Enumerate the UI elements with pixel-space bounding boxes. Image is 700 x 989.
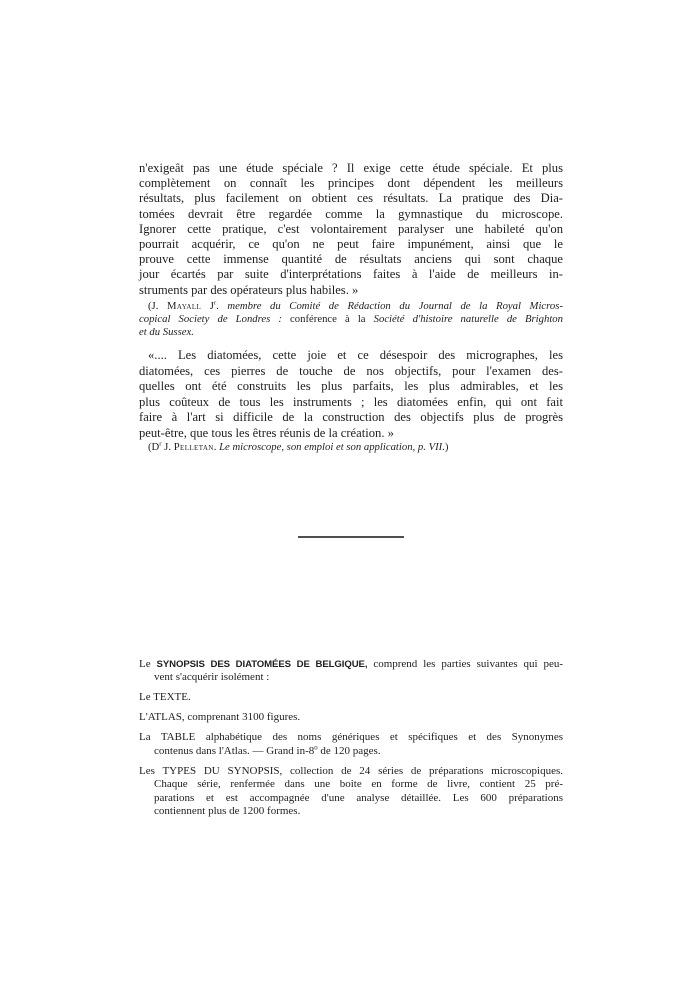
text-line: copical Society de Londres : conférence … (139, 313, 563, 326)
text-segment: de 120 pages. (318, 745, 381, 757)
text-line: Le SYNOPSIS DES DIATOMÉES DE BELGIQUE, c… (139, 658, 563, 671)
text-segment: ) (445, 441, 449, 453)
text-segment: parations et est accompagnée d'une analy… (154, 792, 563, 804)
text-segment: et du Sussex. (139, 326, 194, 338)
quote-paragraph-pelletan: «.... Les diatomées, cette joie et ce dé… (139, 348, 563, 442)
text-segment: Société d'histoire naturelle de Brighton (374, 313, 563, 325)
text-segment: comprend les parties suivantes qui peu- (367, 658, 563, 670)
citation-mayall: (J. Mayall Jr. membre du Comité de Rédac… (139, 300, 563, 339)
text-segment: Chaque série, renfermée dans une boite e… (154, 778, 563, 790)
text-line: complètement on connaît les principes do… (139, 176, 563, 191)
text-segment: J. (162, 441, 174, 453)
text-segment: L'ATLAS, comprenant 3100 figures. (139, 711, 300, 723)
text-line: pourrait acquérir, ce qu'on ne peut fair… (139, 237, 563, 252)
text-segment: vent s'acquérir isolément : (154, 671, 269, 683)
text-segment: conférence à la (282, 313, 374, 325)
text-line: La TABLE alphabétique des noms générique… (139, 731, 563, 744)
text-segment: Le (139, 658, 157, 670)
text-line: (Dr J. Pelletan. Le microscope, son empl… (139, 441, 563, 454)
text-segment: Le microscope, son emploi et son applica… (219, 441, 445, 453)
text-line: Les TYPES DU SYNOPSIS, collection de 24 … (139, 765, 563, 778)
synopsis-item-table: La TABLE alphabétique des noms générique… (139, 731, 563, 758)
text-line: résultats, plus facilement on obtient ce… (139, 191, 563, 206)
text-line: quelles ont été construits les plus parf… (139, 379, 563, 395)
text-line: faire à l'art si difficile de la constru… (139, 410, 563, 426)
text-line: peut-être, que tous les êtres réunis de … (139, 426, 563, 442)
text-line: n'exigeât pas une étude spéciale ? Il ex… (139, 161, 563, 176)
synopsis-item-intro: Le SYNOPSIS DES DIATOMÉES DE BELGIQUE, c… (139, 658, 563, 685)
text-line: contenus dans l'Atlas. — Grand in-8o de … (139, 745, 563, 758)
text-line: vent s'acquérir isolément : (139, 671, 563, 684)
text-segment: (J. (148, 300, 167, 312)
text-line: (J. Mayall Jr. membre du Comité de Rédac… (139, 300, 563, 313)
text-segment: . (216, 300, 227, 312)
text-line: contiennent plus de 1200 formes. (139, 805, 563, 818)
text-line: Le TEXTE. (139, 691, 563, 704)
text-line: parations et est accompagnée d'une analy… (139, 792, 563, 805)
citation-pelletan: (Dr J. Pelletan. Le microscope, son empl… (139, 441, 563, 454)
text-segment: Pelletan (174, 441, 214, 453)
text-segment: copical Society de Londres : (139, 313, 282, 325)
text-line: L'ATLAS, comprenant 3100 figures. (139, 711, 563, 724)
text-line: plus coûteux de tous les instruments ; l… (139, 395, 563, 411)
section-divider-rule (298, 536, 404, 538)
text-segment: SYNOPSIS DES DIATOMÉES DE BELGIQUE, (157, 659, 368, 670)
text-segment: contiennent plus de 1200 formes. (154, 805, 300, 817)
text-line: tomées devrait être regardée comme la gy… (139, 207, 563, 222)
text-line: jour écartés par suite d'interprétations… (139, 267, 563, 282)
synopsis-item-texte: Le TEXTE. (139, 691, 563, 704)
text-segment: Les TYPES DU SYNOPSIS, collection de 24 … (139, 765, 563, 777)
text-segment: membre du Comité de Rédaction du Journal… (227, 300, 563, 312)
text-segment: Le TEXTE. (139, 691, 191, 703)
book-page: n'exigeât pas une étude spéciale ? Il ex… (0, 0, 700, 989)
text-line: «.... Les diatomées, cette joie et ce dé… (139, 348, 563, 364)
text-line: prouve cette immense quantité de résulta… (139, 252, 563, 267)
text-line: et du Sussex. (139, 326, 563, 339)
quote-paragraph-mayall: n'exigeât pas une étude spéciale ? Il ex… (139, 161, 563, 298)
text-line: Chaque série, renfermée dans une boite e… (139, 778, 563, 791)
text-segment: Mayall (167, 300, 201, 312)
text-segment: (D (148, 441, 159, 453)
text-segment: La TABLE alphabétique des noms générique… (139, 731, 563, 743)
text-segment: J (201, 300, 214, 312)
text-line: struments par des opérateurs plus habile… (139, 283, 563, 298)
synopsis-item-atlas: L'ATLAS, comprenant 3100 figures. (139, 711, 563, 724)
synopsis-item-types: Les TYPES DU SYNOPSIS, collection de 24 … (139, 765, 563, 819)
text-line: Ignorer cette pratique, c'est volontaire… (139, 222, 563, 237)
text-segment: contenus dans l'Atlas. — Grand in-8 (154, 745, 314, 757)
text-line: diatomées, ces pierres de touche de nos … (139, 364, 563, 380)
synopsis-section: Le SYNOPSIS DES DIATOMÉES DE BELGIQUE, c… (139, 658, 563, 825)
